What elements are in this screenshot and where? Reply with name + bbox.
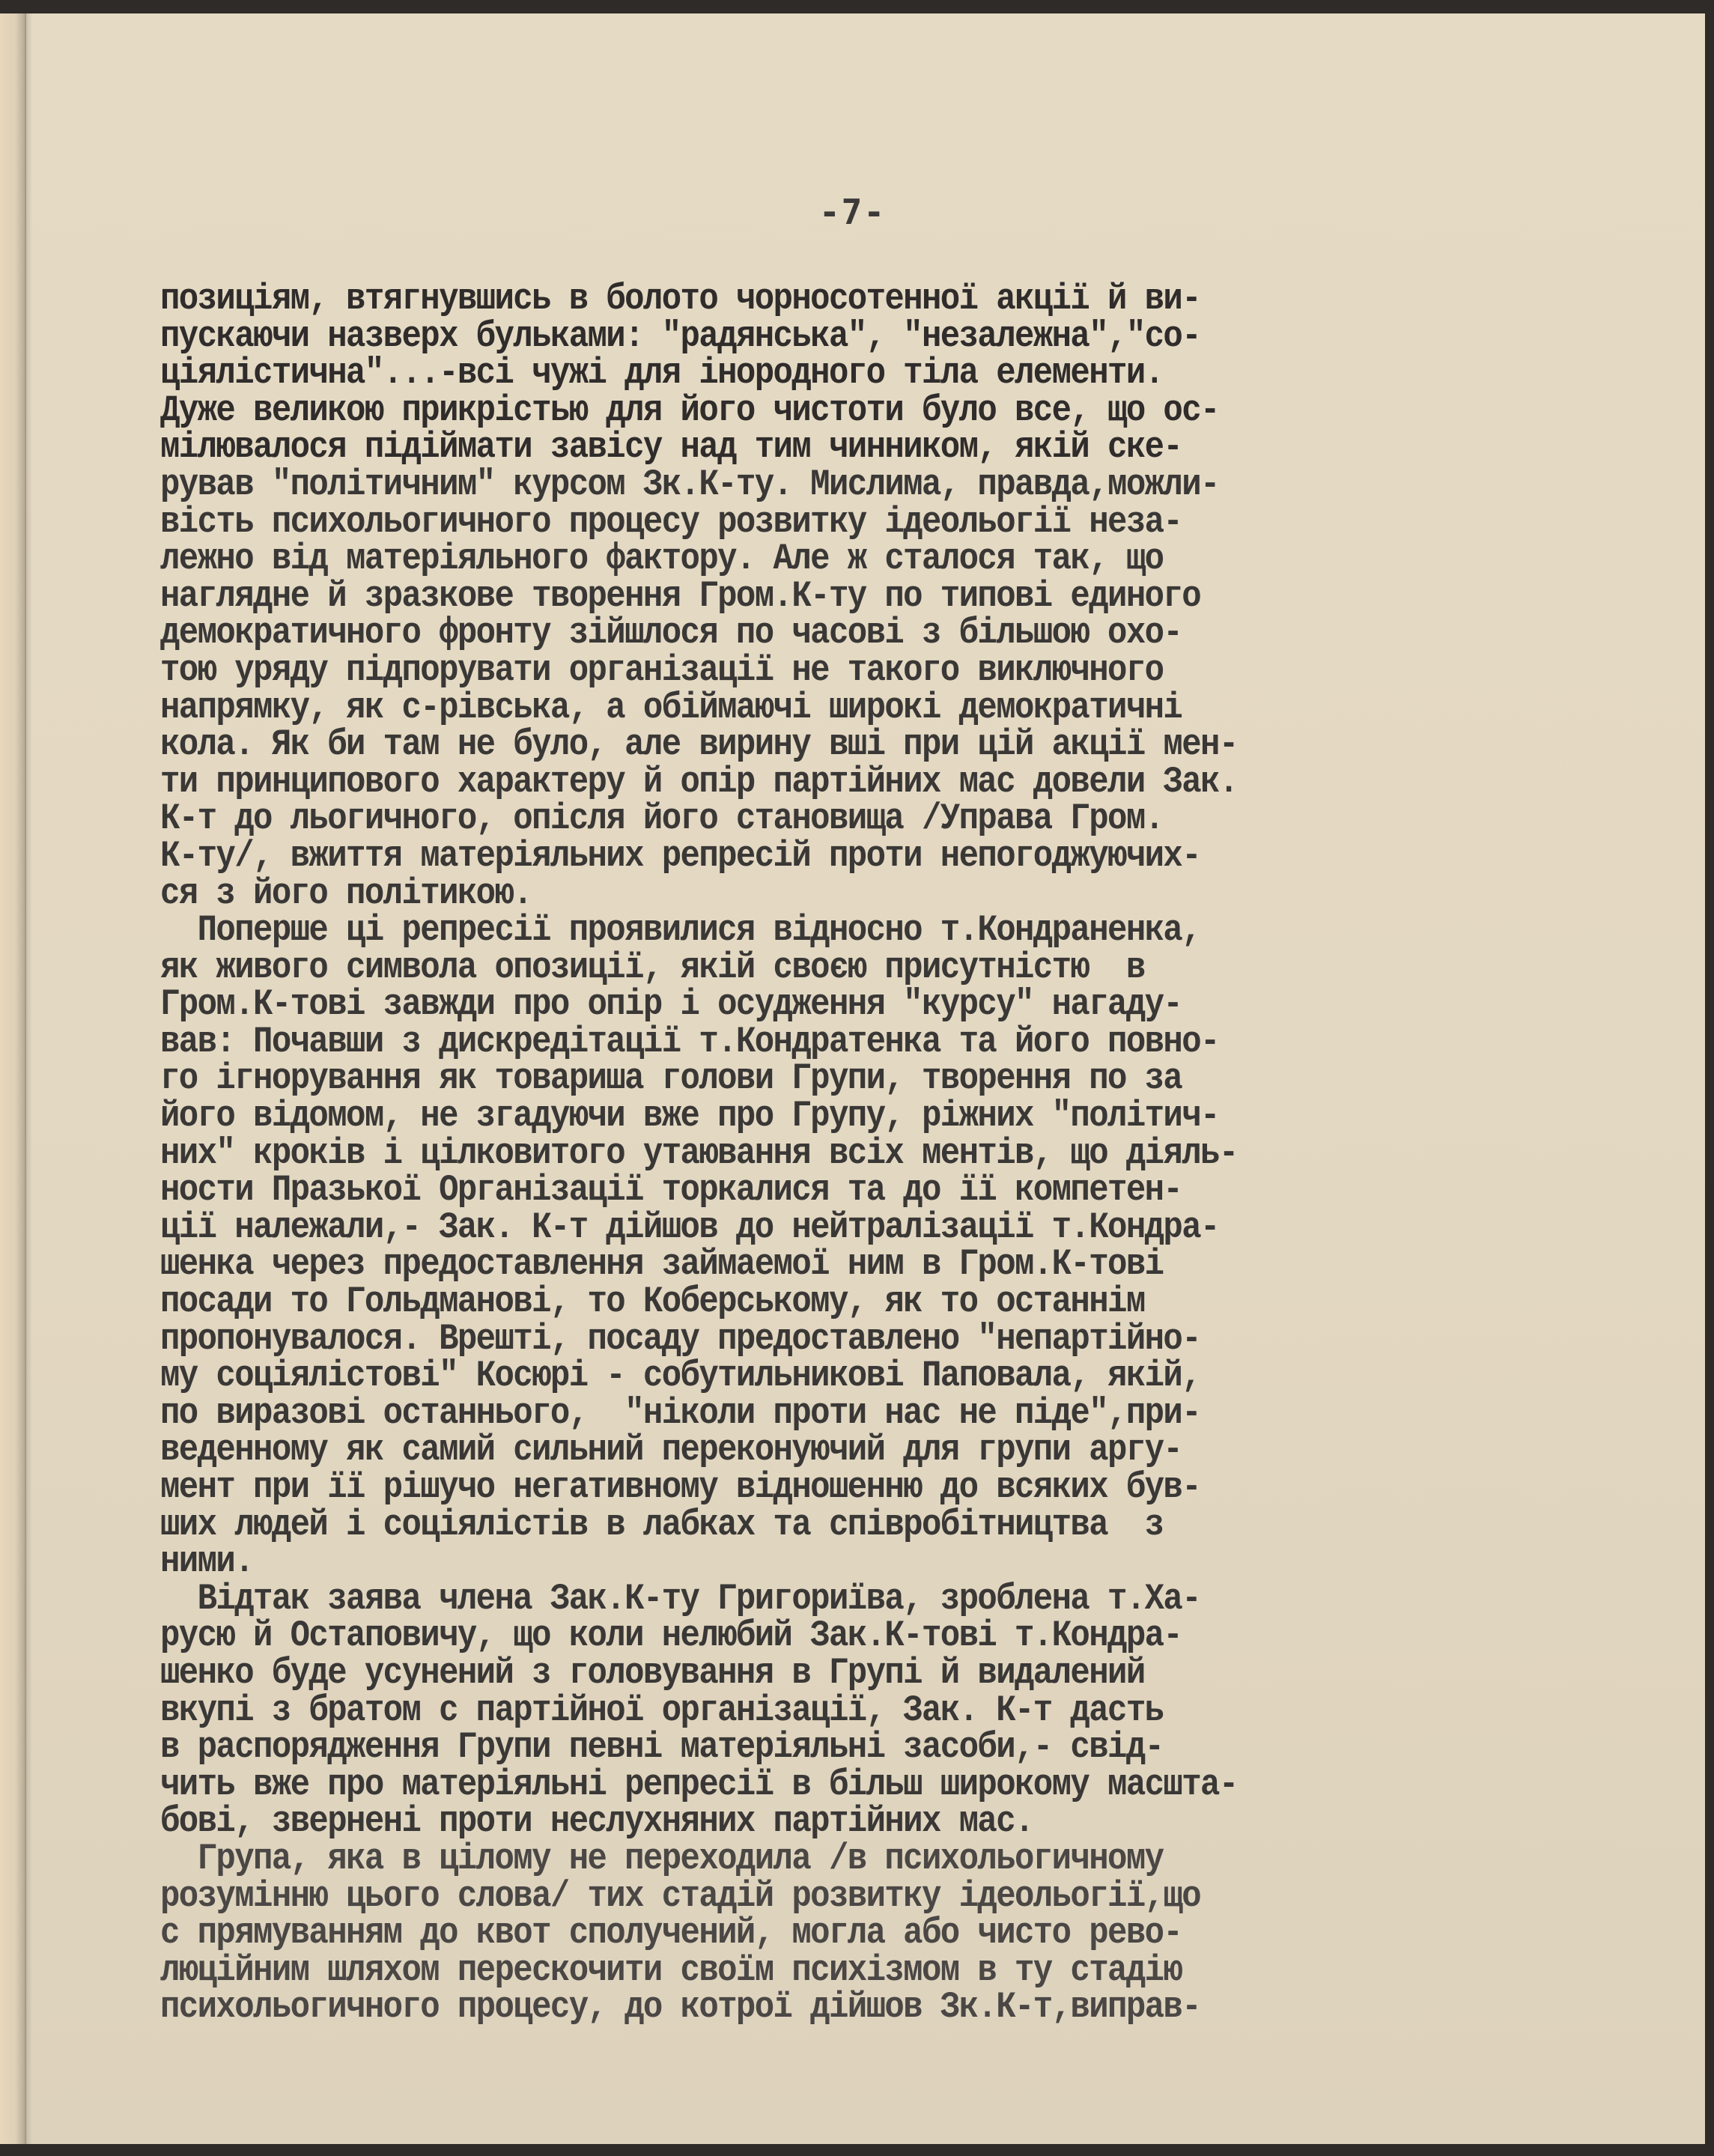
typewritten-body: позиціям, втягнувшись в болото чорносоте… [160, 282, 1560, 2027]
text-line: психольогичного процесу, до котрої дійшо… [160, 1988, 1560, 2029]
binding-spine [0, 13, 26, 2144]
text-line: тою уряду підпорувати організації не так… [160, 651, 1560, 693]
paragraph-start: Група, яка в цілому не переходила /в пси… [160, 1839, 1560, 1881]
text-line: ности Празької Організації торкалися та … [160, 1170, 1560, 1212]
spine-shadow [26, 13, 32, 2144]
text-line: розумінню цього слова/ тих стадій розвит… [160, 1877, 1560, 1919]
text-line: кола. Як би там не було, але вирину вші … [160, 725, 1560, 767]
text-line: ціялістична"...-всі чужі для інородного … [160, 353, 1560, 395]
text-line: напрямку, як с-рівська, а обіймаючі широ… [160, 688, 1560, 730]
text-line: го ігнорування як товариша голови Групи,… [160, 1059, 1560, 1101]
text-line: рував "політичним" курсом Зк.К-ту. Мисли… [160, 465, 1560, 507]
text-line: русю й Остаповичу, що коли нелюбий Зак.К… [160, 1616, 1560, 1658]
text-line: них" кроків і цілковитого утаювання всіх… [160, 1134, 1560, 1176]
text-line: пропонувалося. Врешті, посаду предоставл… [160, 1320, 1560, 1361]
text-line: демократичного фронту зійшлося по часові… [160, 613, 1560, 655]
text-line: ших людей і соціялістів в лабках та спів… [160, 1505, 1560, 1547]
text-line: пускаючи назверх бульками: "радянська", … [160, 317, 1560, 359]
text-line: в распорядження Групи певні матеріяльні … [160, 1728, 1560, 1770]
text-line: ними. [160, 1542, 1560, 1584]
text-line: вість психольогичного процесу розвитку і… [160, 502, 1560, 544]
text-line: мент при її рішучо негативному відношенн… [160, 1468, 1560, 1510]
text-line: К-ту/, вжиття матеріяльних репресій прот… [160, 836, 1560, 878]
text-line: К-т до льогичного, опісля його становища… [160, 799, 1560, 841]
text-line: посади то Гольдмановi, то Коберському, я… [160, 1282, 1560, 1324]
text-line: шенко буде усунений з головування в Груп… [160, 1654, 1560, 1695]
document-page: -7- позиціям, втягнувшись в болото чорно… [0, 13, 1705, 2144]
text-line: вкупі з братом с партійної організації, … [160, 1691, 1560, 1733]
paragraph-start: Поперше ці репресії проявилися відносно … [160, 911, 1560, 953]
text-line: му соціялістові" Косюрі - собутильникові… [160, 1356, 1560, 1398]
text-line: позиціям, втягнувшись в болото чорносоте… [160, 279, 1560, 321]
text-line: ся з його політикою. [160, 874, 1560, 916]
text-line: Гром.К-тові завжди про опір і осудження … [160, 985, 1560, 1027]
text-line: мілювалося підіймати завісу над тим чинн… [160, 428, 1560, 470]
text-line: с прямуванням до квот сполучений, могла … [160, 1913, 1560, 1955]
page-number: -7- [0, 192, 1705, 232]
text-line: бові, звернені проти неслухняних партійн… [160, 1802, 1560, 1844]
text-line: його відомом, не згадуючи вже про Групу,… [160, 1096, 1560, 1138]
text-line: веденному як самий сильний переконуючий … [160, 1430, 1560, 1472]
text-line: шенка через предоставлення займаемої ним… [160, 1245, 1560, 1287]
text-line: лежно від матеріяльного фактору. Але ж с… [160, 539, 1560, 581]
